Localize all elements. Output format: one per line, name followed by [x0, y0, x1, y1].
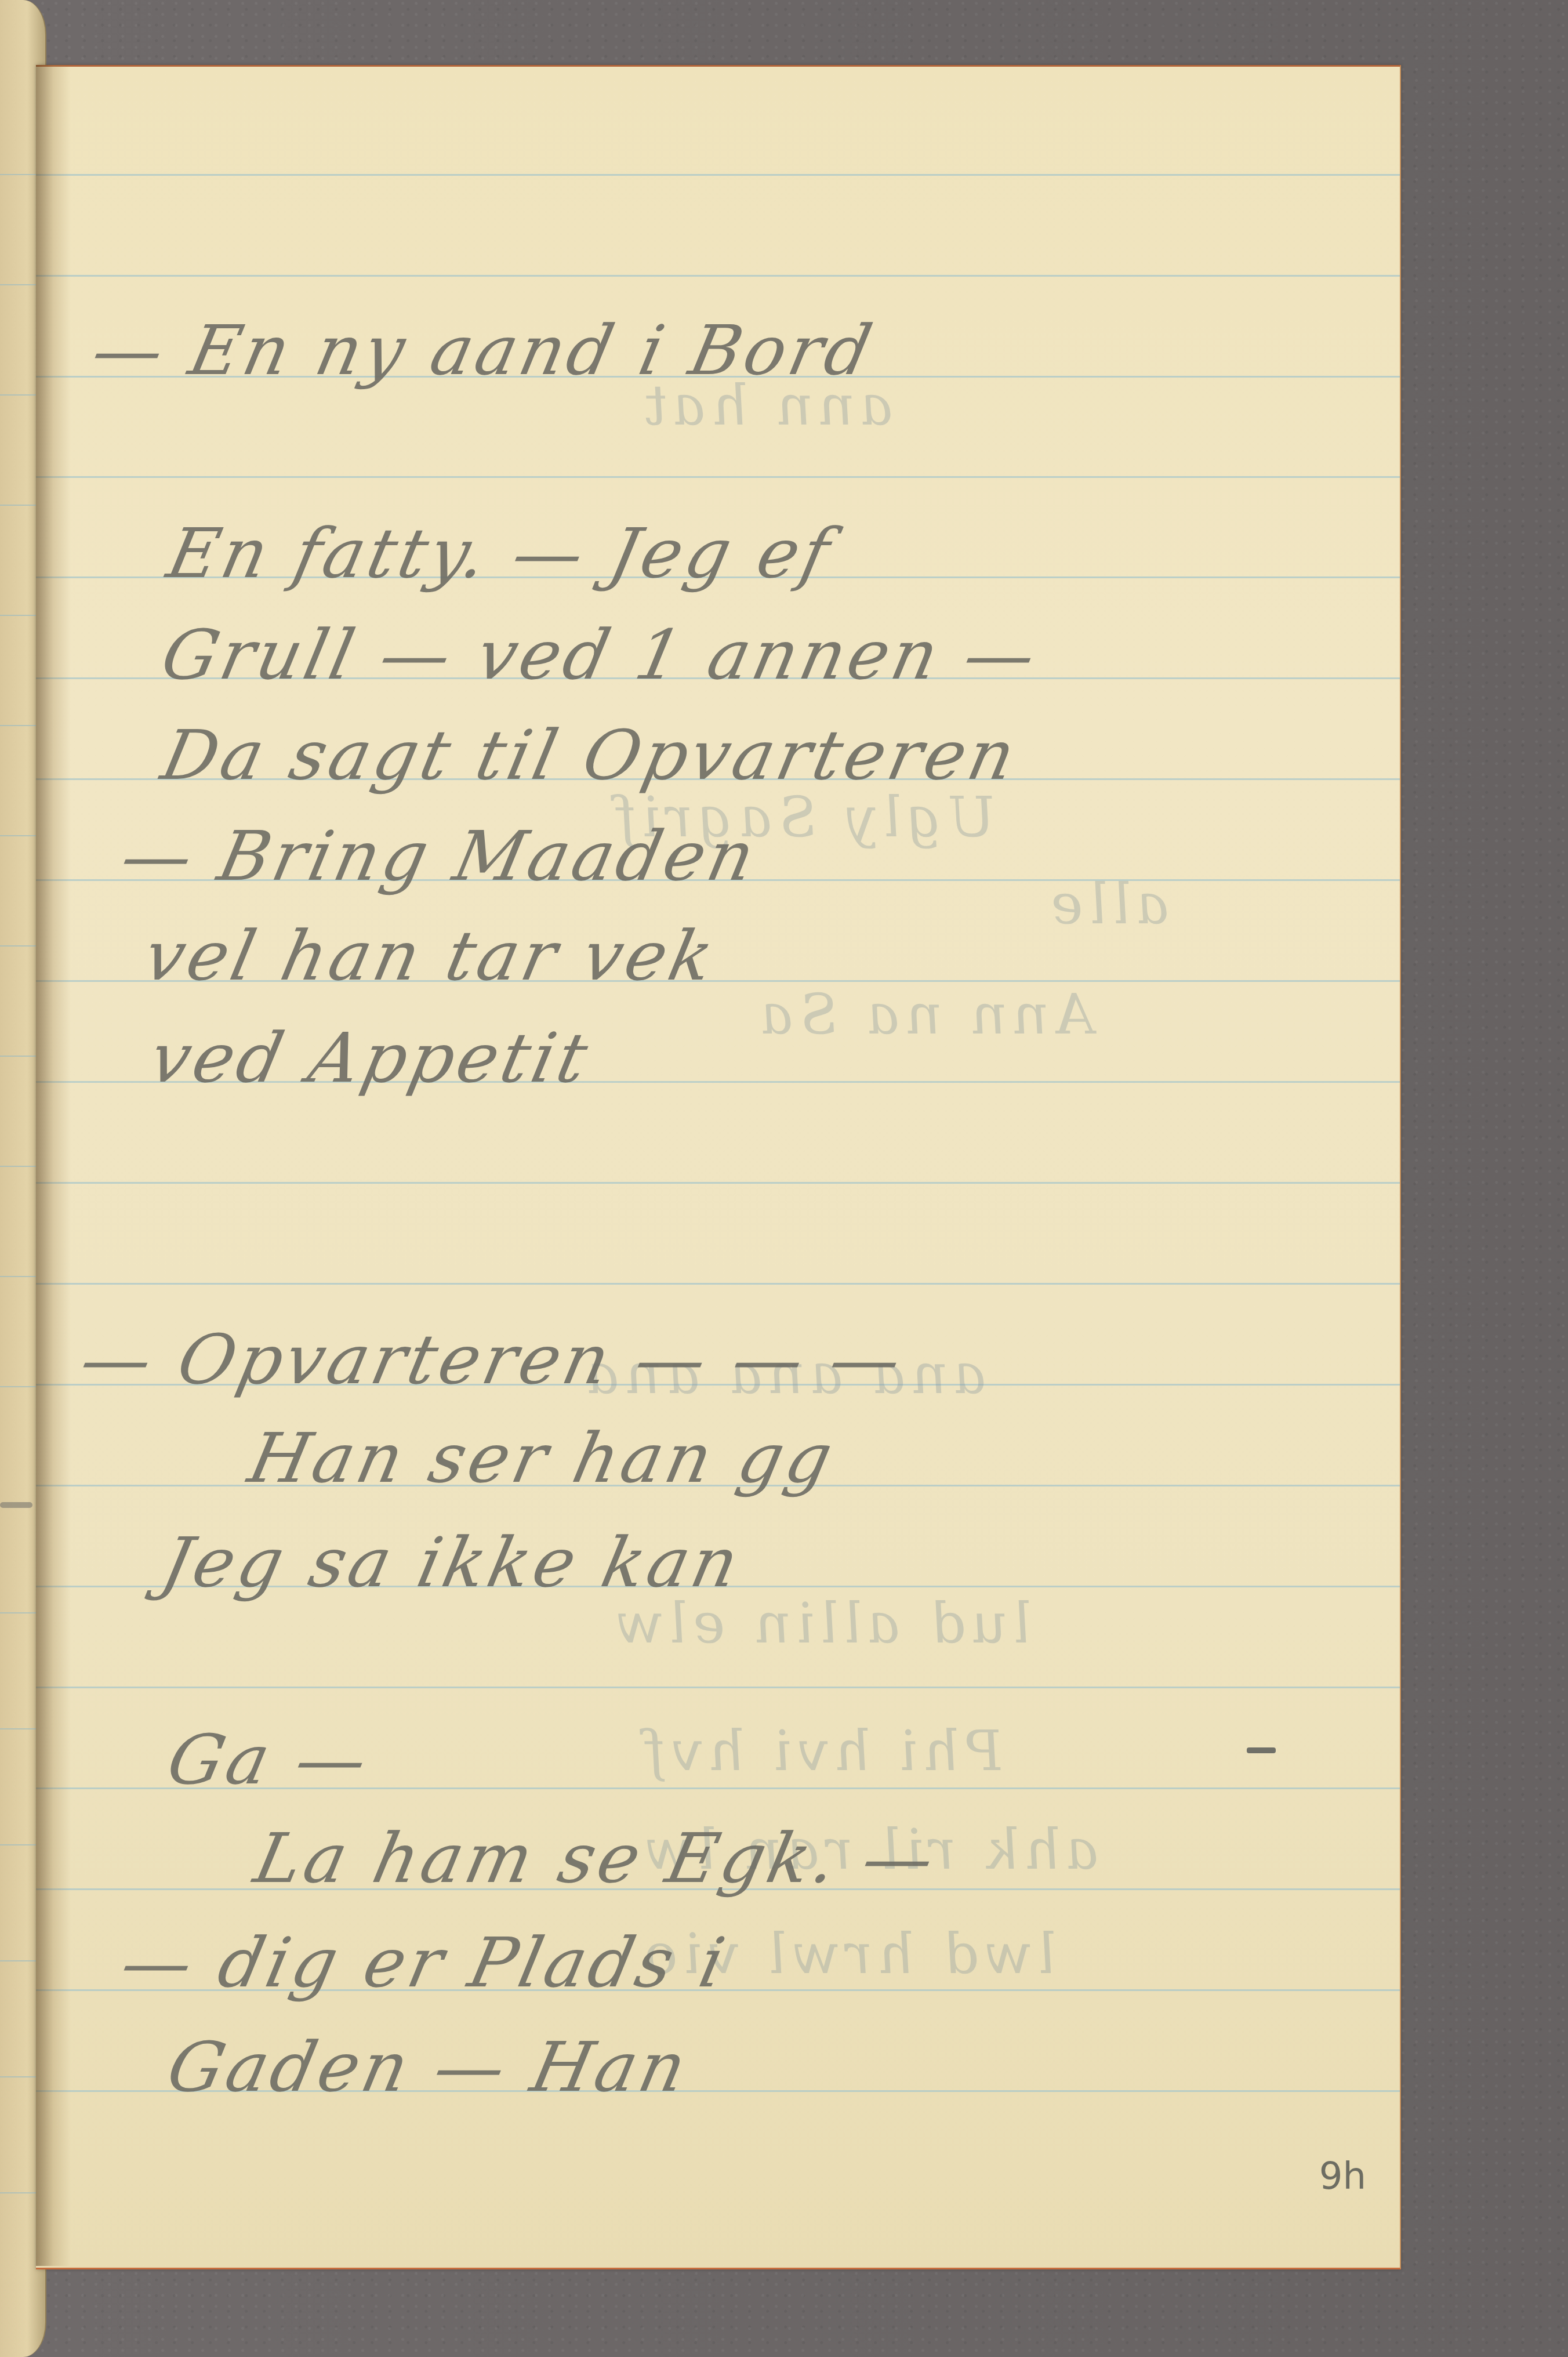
rule-line: [36, 174, 1400, 176]
rule-line: [36, 1182, 1400, 1184]
handwritten-line: — Bring Maaden: [114, 816, 765, 896]
handwritten-line: La ham se Egk. —: [248, 1818, 944, 1898]
bleed-through-text: Ann na Sa: [750, 982, 1099, 1047]
rule-line: [36, 1687, 1400, 1688]
pencil-mark: [0, 1502, 32, 1508]
handwritten-line: — dig er Plads i: [114, 1923, 735, 2003]
handwritten-line: Gaden — Han: [161, 2027, 696, 2107]
handwritten-line: Jeg sa ikke kan: [155, 1522, 749, 1602]
handwritten-line: En fatty. — Jeg ef: [161, 513, 840, 593]
handwritten-line: vel han tar vek: [137, 916, 724, 996]
handwritten-line: — En ny aand i Bord: [85, 310, 881, 390]
handwritten-line: — Opvarteren — — —: [74, 1319, 912, 1399]
bleed-through-text: Phi hvi hvf: [634, 1718, 1007, 1783]
handwritten-line: Grull — ved 1 annen —: [155, 615, 1046, 695]
handwritten-line: Da sagt til Opvarteren: [155, 715, 1025, 795]
notebook-page: ann hat Ugly Sagrif alle Ann na Sa ana a…: [36, 65, 1401, 2269]
handwritten-line: Han ser han gg: [242, 1418, 842, 1498]
page-number: 9h: [1319, 2155, 1366, 2198]
rule-line: [36, 275, 1400, 277]
rule-line: [36, 1283, 1400, 1285]
rule-line: [36, 476, 1400, 478]
handwritten-line: ved Appetit: [143, 1018, 598, 1098]
pencil-dash-mark: [1247, 1747, 1276, 1753]
binding-gutter-shadow: [36, 65, 71, 2266]
bleed-through-text: alle: [1040, 872, 1174, 937]
handwritten-line: Ga —: [161, 1720, 377, 1800]
